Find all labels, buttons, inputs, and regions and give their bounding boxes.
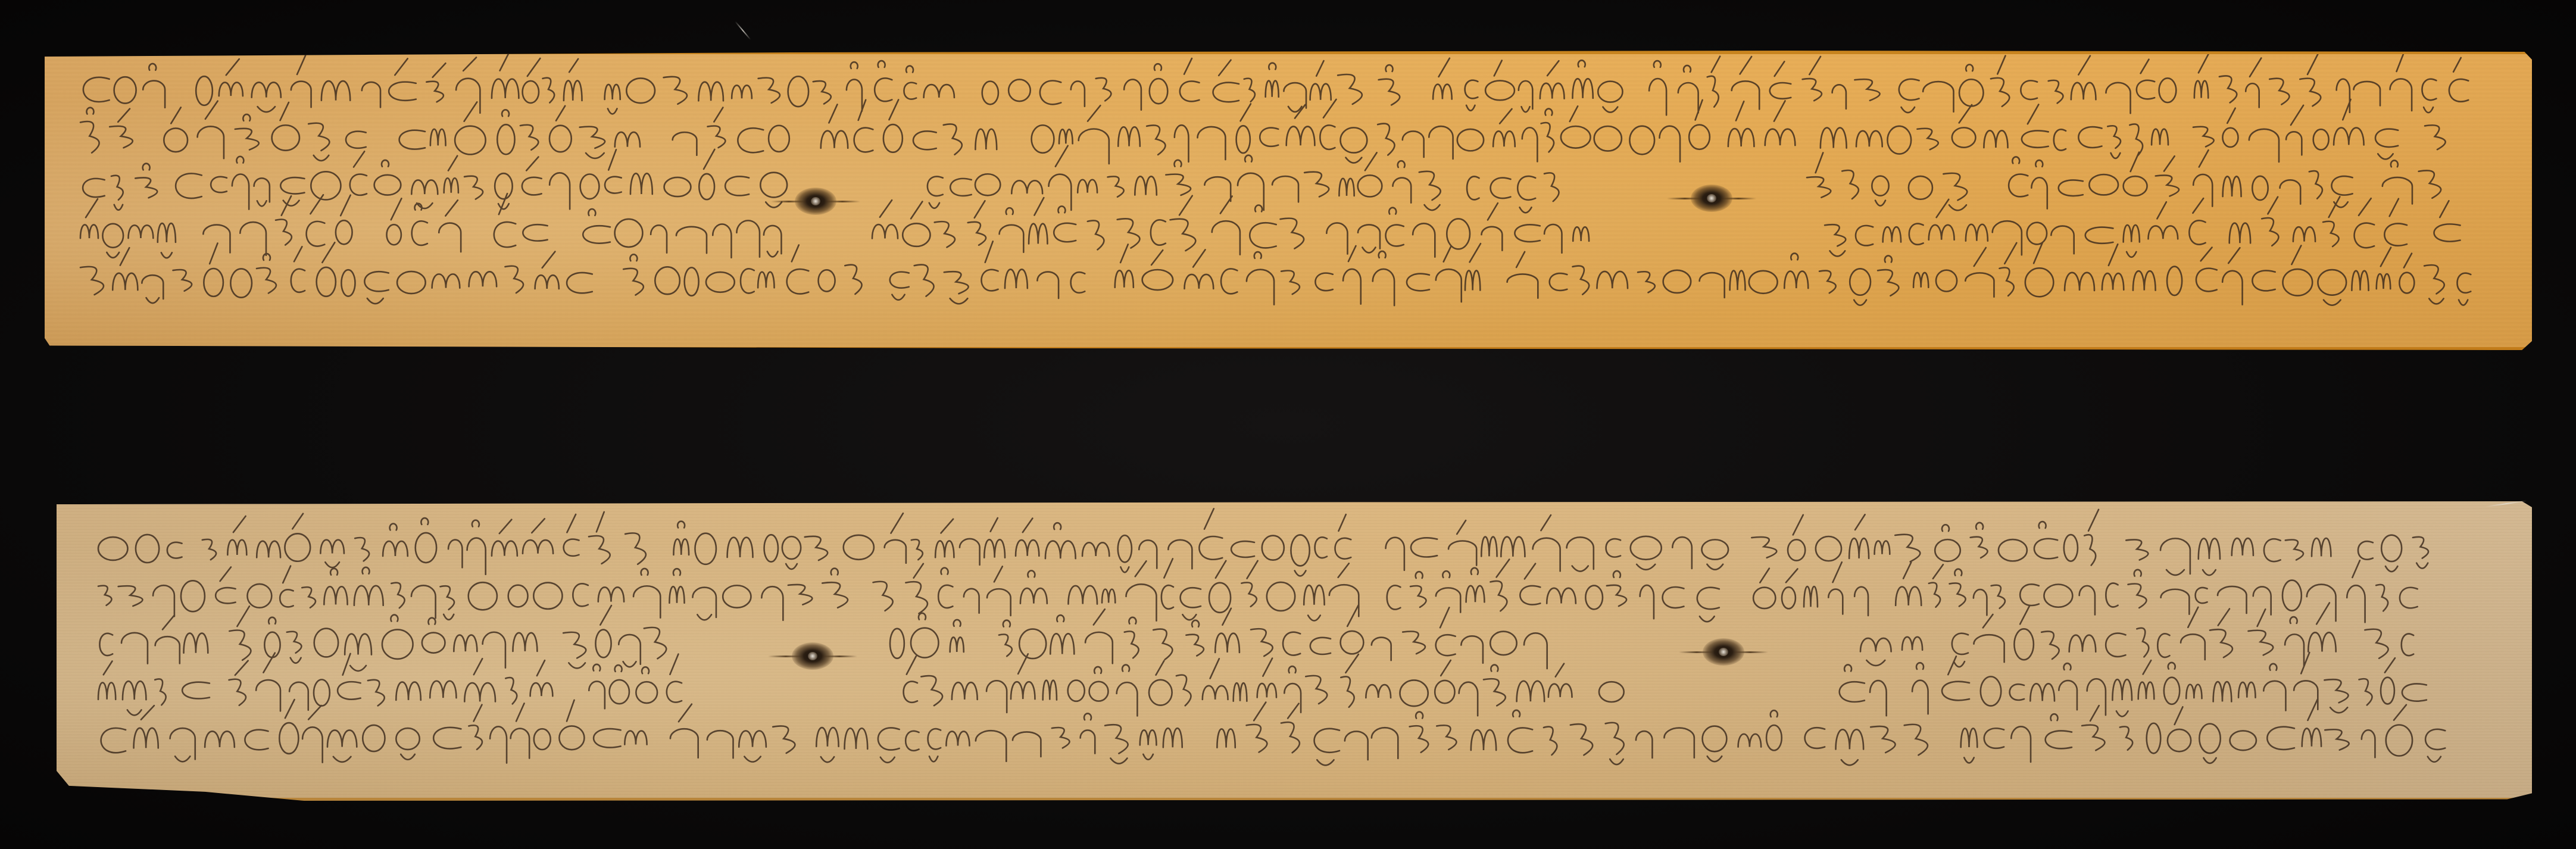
string-hole-left — [795, 188, 836, 215]
script-lines-top — [45, 54, 2532, 347]
script-lines-bottom — [57, 501, 2532, 798]
palm-leaf-bottom — [57, 501, 2532, 801]
string-hole-left — [792, 642, 833, 670]
loose-fiber — [735, 21, 751, 40]
palm-leaf-top — [45, 51, 2532, 350]
handwritten-script — [98, 508, 2445, 765]
string-hole-right — [1703, 638, 1744, 666]
manuscript-photo — [0, 0, 2576, 849]
handwritten-script — [80, 54, 2471, 305]
string-hole-right — [1691, 185, 1732, 212]
